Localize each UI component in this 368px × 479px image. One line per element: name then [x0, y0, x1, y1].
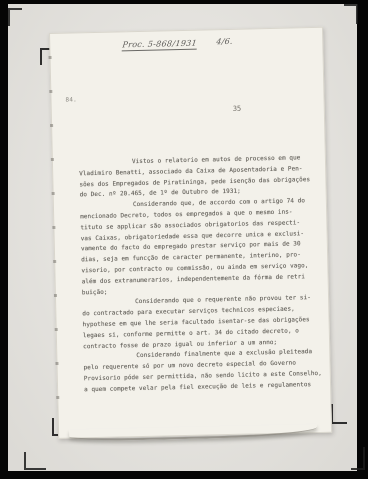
crop-mark-top-right-icon	[344, 4, 358, 24]
page-number: 35	[233, 105, 242, 113]
page-bottom-curl	[69, 424, 317, 442]
torn-left-edge	[48, 40, 60, 428]
document-page: Proc. 5-868/1931 4/6. 84. 35 Vistos o re…	[49, 27, 332, 439]
handwritten-frame-number: 4/6.	[216, 37, 234, 46]
crop-mark-bottom-left-icon	[24, 452, 46, 470]
microfilm-scan: { "colors": { "paper": "#f3f1ea", "photo…	[0, 0, 368, 479]
handwritten-process-reference: Proc. 5-868/1931	[122, 39, 198, 52]
margin-sheet-number: 84.	[65, 96, 77, 103]
typewritten-body: Vistos o relatorio em autos de processo …	[79, 153, 318, 396]
registration-mark-bottom-right-icon	[331, 404, 347, 424]
photograph-background: Proc. 5-868/1931 4/6. 84. 35 Vistos o re…	[8, 4, 357, 471]
crop-mark-top-left-icon	[8, 8, 22, 26]
crop-mark-bottom-right-icon	[351, 447, 365, 470]
